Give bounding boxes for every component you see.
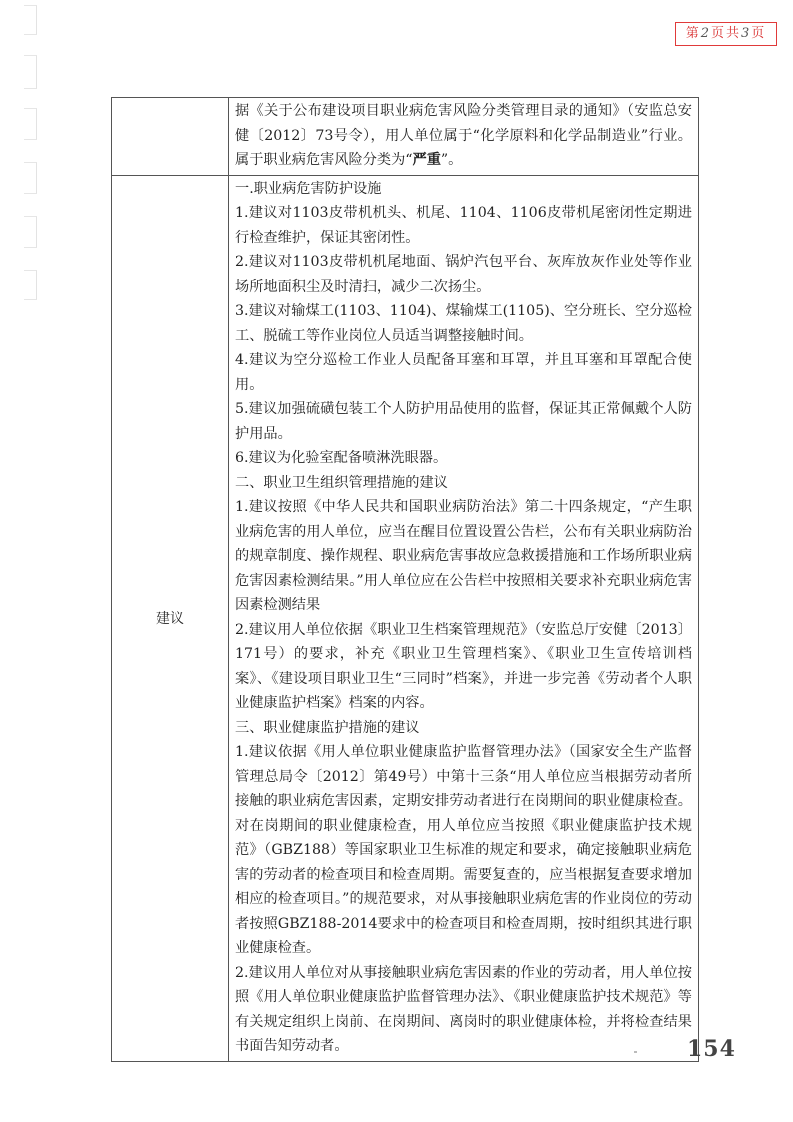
table-row-risk-classification: 据《关于公布建设项目职业病危害风险分类管理目录的通知》（安监总安健〔2012〕7… xyxy=(112,98,699,176)
stamp-total: 3 xyxy=(741,26,751,41)
recommendations-content: 一.职业病危害防护设施 1.建议对1103皮带机机头、机尾、1104、1106皮… xyxy=(229,175,699,1061)
recommendation-item: 6.建议为化验室配备喷淋洗眼器。 xyxy=(235,446,692,471)
binding-mark xyxy=(24,216,37,248)
binding-mark xyxy=(24,55,37,89)
row-label-recommendations: 建议 xyxy=(112,175,229,1061)
table-row-recommendations: 建议 一.职业病危害防护设施 1.建议对1103皮带机机头、机尾、1104、11… xyxy=(112,175,699,1061)
stamp-page: 2 xyxy=(701,26,711,41)
scan-speck xyxy=(634,1051,637,1053)
recommendation-table: 据《关于公布建设项目职业病危害风险分类管理目录的通知》（安监总安健〔2012〕7… xyxy=(111,97,699,1062)
page-number: 154 xyxy=(687,1036,736,1062)
stamp-prefix: 第 xyxy=(686,26,701,41)
section-heading: 二、职业卫生组织管理措施的建议 xyxy=(235,471,692,496)
binding-mark xyxy=(24,108,37,140)
risk-level: 严重 xyxy=(413,152,441,168)
recommendation-item: 4.建议为空分巡检工作业人员配备耳塞和耳罩，并且耳塞和耳罩配合使用。 xyxy=(235,348,692,397)
recommendation-item: 5.建议加强硫磺包装工个人防护用品使用的监督，保证其正常佩戴个人防护用品。 xyxy=(235,397,692,446)
binding-mark xyxy=(24,270,37,300)
stamp-suffix: 页 xyxy=(751,26,766,41)
recommendation-item: 2.建议用人单位对从事接触职业病危害因素的作业的劳动者，用人单位按照《用人单位职… xyxy=(235,961,692,1059)
row-label xyxy=(112,98,229,176)
risk-classification-text: 据《关于公布建设项目职业病危害风险分类管理目录的通知》（安监总安健〔2012〕7… xyxy=(235,99,692,173)
binding-mark xyxy=(24,162,37,194)
stamp-mid: 页共 xyxy=(711,26,741,41)
section-heading: 三、职业健康监护措施的建议 xyxy=(235,716,692,741)
recommendation-item: 2.建议对1103皮带机机尾地面、锅炉汽包平台、灰库放灰作业处等作业场所地面积尘… xyxy=(235,250,692,299)
section-heading: 一.职业病危害防护设施 xyxy=(235,177,692,202)
recommendation-item: 1.建议依据《用人单位职业健康监护监督管理办法》（国家安全生产监督管理总局令〔2… xyxy=(235,740,692,961)
recommendation-item: 1.建议对1103皮带机机头、机尾、1104、1106皮带机尾密闭性定期进行检查… xyxy=(235,201,692,250)
recommendation-item: 2.建议用人单位依据《职业卫生档案管理规范》（安监总厅安健〔2013〕171号）… xyxy=(235,618,692,716)
recommendation-item: 3.建议对输煤工(1103、1104)、煤输煤工(1105)、空分班长、空分巡检… xyxy=(235,299,692,348)
page-count-stamp: 第2页共3页 xyxy=(675,22,777,46)
recommendation-item: 1.建议按照《中华人民共和国职业病防治法》第二十四条规定，“产生职业病危害的用人… xyxy=(235,495,692,618)
row-content: 据《关于公布建设项目职业病危害风险分类管理目录的通知》（安监总安健〔2012〕7… xyxy=(229,98,699,176)
binding-mark xyxy=(24,5,37,35)
